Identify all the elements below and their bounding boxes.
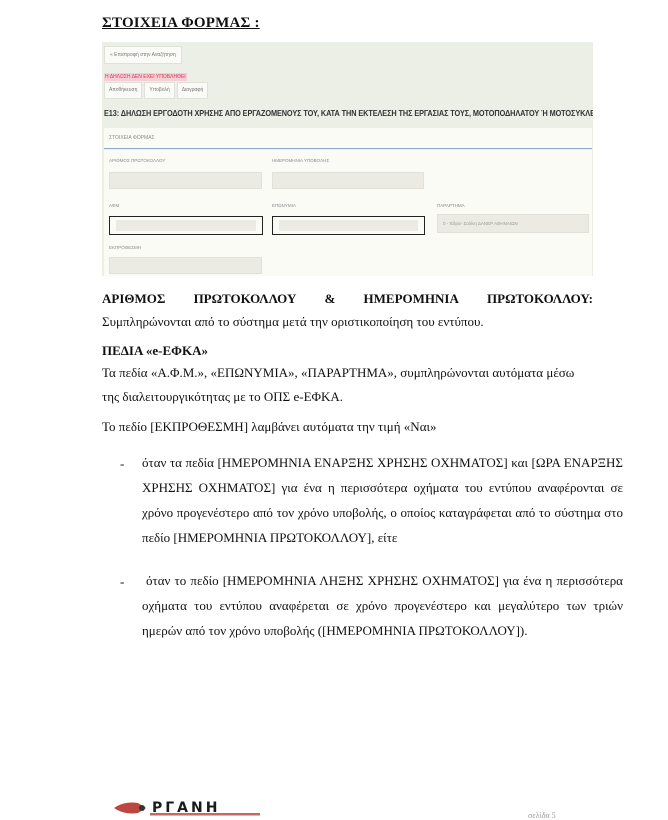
submit-button[interactable]: Υποβολή — [144, 82, 174, 99]
action-buttons: Αποθήκευση Υποβολή Διαγραφή — [104, 82, 208, 99]
form-title: Ε13: ΔΗΛΩΣΗ ΕΡΓΟΔΟΤΗ ΧΡΗΣΗΣ ΑΠΟ ΕΡΓΑΖΟΜΕ… — [104, 108, 593, 118]
title-word: ΗΜΕΡΟΜΗΝΙΑ — [364, 291, 459, 307]
submission-date-field[interactable] — [272, 172, 424, 189]
submission-date-label: ΗΜΕΡΟΜΗΝΙΑ ΥΠΟΒΟΛΗΣ — [272, 158, 329, 163]
title-word: ΠΡΩΤΟΚΟΛΛΟΥ: — [487, 291, 593, 307]
eponymia-label: ΕΠΩΝΥΜΙΑ — [272, 203, 296, 208]
protocol-number-field[interactable] — [109, 172, 262, 189]
title-word: ΠΡΩΤΟΚΟΛΛΟΥ — [194, 291, 297, 307]
form-screenshot: « Επιστροφή στην Αναζήτηση Η ΔΗΛΩΣΗ ΔΕΝ … — [102, 42, 593, 276]
parartima-field[interactable]: 0 - Έδρα- Σαλίνη ΔΑΝΕΡ ΑΘΗΝΑΙΩΝ — [437, 214, 589, 233]
bullet-item-1: όταν τα πεδία [ΗΜΕΡΟΜΗΝΙΑ ΕΝΑΡΞΗΣ ΧΡΗΣΗΣ… — [142, 450, 623, 550]
save-button[interactable]: Αποθήκευση — [104, 82, 142, 99]
title-word: ΑΡΙΘΜΟΣ — [102, 291, 165, 307]
efka-line-1: Τα πεδία «Α.Φ.Μ.», «ΕΠΩΝΥΜΙΑ», «ΠΑΡΑΡΤΗΜ… — [102, 362, 574, 383]
ekprothesmi-label: ΕΚΠΡΟΘΕΣΜΗ — [109, 245, 141, 250]
ekprothesmi-field[interactable] — [109, 257, 262, 274]
title-word: & — [325, 291, 336, 307]
parartima-label: ΠΑΡΑΡΤΗΜΑ — [437, 203, 465, 208]
protocol-section-title: ΑΡΙΘΜΟΣ ΠΡΩΤΟΚΟΛΛΟΥ & ΗΜΕΡΟΜΗΝΙΑ ΠΡΩΤΟΚΟ… — [102, 291, 593, 307]
bullet-marker: - — [120, 574, 124, 590]
afm-field[interactable] — [109, 216, 263, 235]
status-message: Η ΔΗΛΩΣΗ ΔΕΝ ΕΧΕΙ ΥΠΟΒΛΗΘΕΙ — [104, 73, 187, 81]
eponymia-field[interactable] — [272, 216, 425, 235]
bullet-item-2: όταν το πεδίο [ΗΜΕΡΟΜΗΝΙΑ ΛΗΞΗΣ ΧΡΗΣΗΣ Ο… — [142, 568, 623, 643]
page-number: σελίδα 5 — [528, 811, 556, 820]
efka-section-title: ΠΕΔΙΑ «e-ΕΦΚΑ» — [102, 343, 208, 359]
afm-label: ΑΦΜ — [109, 203, 119, 208]
tab-form-details[interactable]: ΣΤΟΙΧΕΙΑ ΦΟΡΜΑΣ — [104, 128, 592, 149]
page-heading: ΣΤΟΙΧΕΙΑ ΦΟΡΜΑΣ : — [102, 15, 260, 32]
ergani-logo: ΡΓΑΝΗ — [112, 800, 336, 816]
protocol-number-label: ΑΡΙΘΜΟΣ ΠΡΩΤΟΚΟΛΛΟΥ — [109, 158, 165, 163]
delete-button[interactable]: Διαγραφή — [177, 82, 209, 99]
form-body: ΑΡΙΘΜΟΣ ΠΡΩΤΟΚΟΛΛΟΥ ΗΜΕΡΟΜΗΝΙΑ ΥΠΟΒΟΛΗΣ … — [104, 150, 592, 276]
protocol-section-text: Συμπληρώνονται από το σύστημα μετά την ο… — [102, 311, 484, 332]
efka-line-2: της διαλειτουργικότητας με το ΟΠΣ e-ΕΦΚΑ… — [102, 386, 343, 407]
ekprothesmi-intro: Το πεδίο [ΕΚΠΡΟΘΕΣΜΗ] λαμβάνει αυτόματα … — [102, 416, 437, 437]
back-to-search-button[interactable]: « Επιστροφή στην Αναζήτηση — [104, 46, 182, 64]
bullet-marker: - — [120, 456, 124, 472]
